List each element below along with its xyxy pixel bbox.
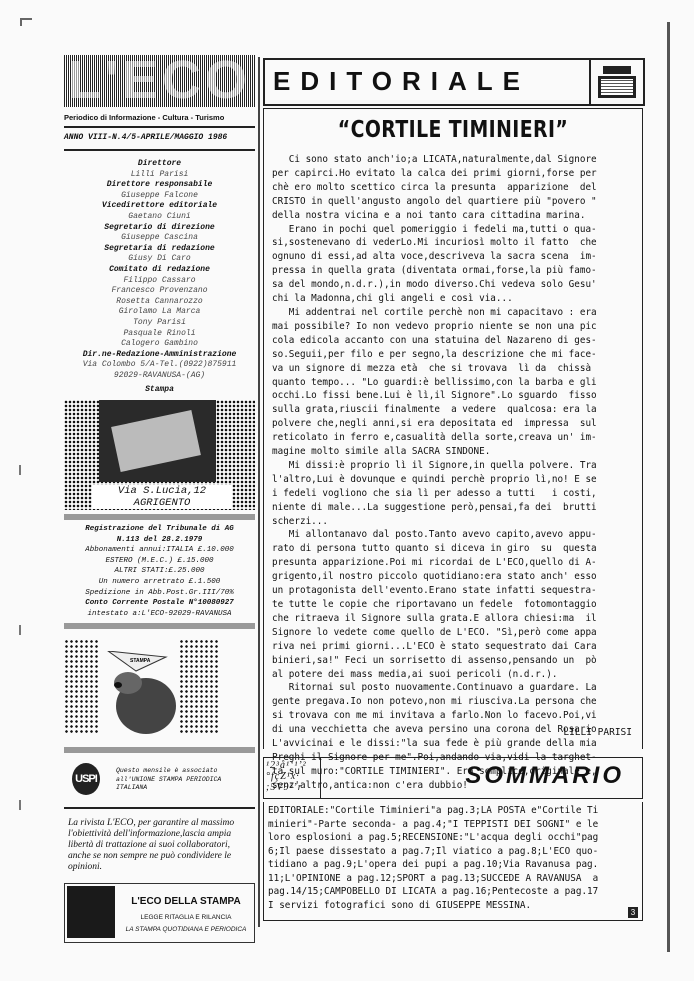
masthead-column: L'ECO Periodico di Informazione - Cultur… [64, 55, 255, 943]
printer-city: AGRIGENTO [92, 497, 232, 509]
page-number: 3 [628, 907, 638, 918]
registration-line: N.113 del 28.2.1979 [64, 535, 255, 546]
staff-name: Gaetano Ciuni [64, 212, 255, 223]
uspi-line: Questo mensile è associato [116, 767, 221, 776]
logo-text: L'ECO [64, 53, 255, 107]
numbers-icon: ¹2³å¹‘¹’² °fçZ¹x· ;5V9³’r [264, 758, 321, 798]
disclaimer: La rivista L'ECO, per garantire al massi… [64, 813, 255, 881]
staff-list: DirettoreLilli ParisiDirettore responsab… [64, 159, 255, 381]
staff-name: Pasquale Rinoli [64, 329, 255, 340]
eco-logo: L'ECO [64, 55, 255, 107]
section-title: EDITORIALE [273, 66, 530, 97]
stampa-label: Stampa [64, 385, 255, 396]
staff-role: Direttore responsabile [64, 180, 255, 191]
registration-line: ESTERO (M.E.C.) £.15.000 [64, 556, 255, 567]
divider [64, 149, 255, 151]
staff-role: Dir.ne-Redazione-Amministrazione [64, 350, 255, 361]
dot-pattern [64, 639, 99, 734]
margin-tick [19, 625, 21, 635]
uspi-text: Questo mensile è associato all'UNIONE ST… [116, 767, 221, 793]
svg-text:STAMPA: STAMPA [130, 658, 151, 664]
sommario-title: SOMMARIO [465, 762, 624, 790]
ad-line: LA STAMPA QUOTIDIANA E PERIODICA [119, 926, 253, 933]
registration-line: Un numero arretrato £.1.500 [64, 577, 255, 588]
staff-role: Comitato di redazione [64, 265, 255, 276]
ad-title: L'ECO DELLA STAMPA [123, 896, 249, 907]
staff-role: Vicedirettore editoriale [64, 201, 255, 212]
staff-name: Giuseppe Cascina [64, 233, 255, 244]
gray-band [64, 747, 255, 753]
crop-mark [20, 18, 32, 26]
staff-name: Giuseppe Falcone [64, 191, 255, 202]
page-edge-rule [667, 22, 670, 952]
uspi-line: all'UNIONE STAMPA PERIODICA [116, 776, 221, 785]
staff-name: Francesco Provenzano [64, 286, 255, 297]
registration-line: Registrazione del Tribunale di AG [64, 524, 255, 535]
sommario-box: EDITORIALE:"Cortile Timinieri"a pag.3;LA… [263, 802, 643, 921]
staff-name: Lilli Parisi [64, 170, 255, 181]
staff-name: Giusy Di Caro [64, 254, 255, 265]
section-header: EDITORIALE [263, 58, 645, 106]
printer-address: Via S.Lucia,12 AGRIGENTO [92, 485, 232, 509]
registration-info: Registrazione del Tribunale di AGN.113 d… [64, 524, 255, 619]
staff-role: Segretaria di redazione [64, 244, 255, 255]
margin-tick [19, 465, 21, 475]
bear-icon: STAMPA [106, 651, 181, 736]
sommario-text: EDITORIALE:"Cortile Timinieri"a pag.3;LA… [268, 804, 638, 912]
ad-line: LEGGE RITAGLIA E RILANCIA [123, 914, 249, 921]
staff-name: Via Colombo 5/A-Tel.(0922)875911 [64, 360, 255, 371]
column-rule [258, 57, 260, 927]
staff-name: Girolamo La Marca [64, 307, 255, 318]
editorial-article: “CORTILE TIMINIERI” Ci sono stato anch'i… [263, 108, 643, 749]
registration-line: Spedizione in Abb.Post.Gr.III/70% [64, 588, 255, 599]
divider [64, 126, 255, 128]
issue-line: ANNO VIII-N.4/5-APRILE/MAGGIO 1986 [64, 132, 255, 145]
gray-band [64, 514, 255, 520]
article-body: Ci sono stato anch'io;a LICATA,naturalme… [272, 153, 638, 793]
article-author: LILLI PARISI [563, 727, 632, 738]
staff-name: Rosetta Cannarozzo [64, 297, 255, 308]
staff-role: Direttore [64, 159, 255, 170]
dot-pattern [179, 639, 219, 734]
uspi-notice: USPI Questo mensile è associato all'UNIO… [64, 759, 255, 803]
staff-name: Filippo Cassaro [64, 276, 255, 287]
printer-photo [99, 400, 216, 482]
sommario-header: ¹2³å¹‘¹’² °fçZ¹x· ;5V9³’r SOMMARIO [263, 757, 643, 799]
staff-name: Tony Parisi [64, 318, 255, 329]
margin-tick [19, 800, 21, 810]
uspi-line: ITALIANA [116, 784, 221, 793]
registration-line: ALTRI STATI:£.25.000 [64, 566, 255, 577]
uspi-logo: USPI [72, 763, 100, 795]
bear-illustration: STAMPA [64, 633, 255, 743]
registration-line: Conto Corrente Postale N°10080927 [64, 598, 255, 609]
ad-photo [67, 886, 115, 938]
printer-ad: Via S.Lucia,12 AGRIGENTO [64, 400, 255, 510]
staff-role: Segretario di direzione [64, 223, 255, 234]
article-title: “CORTILE TIMINIERI” [298, 117, 608, 143]
registration-line: Abbonamenti annui:ITALIA £.10.000 [64, 545, 255, 556]
gray-band [64, 623, 255, 629]
staff-name: Calogero Gambino [64, 339, 255, 350]
printer-street: Via S.Lucia,12 [92, 485, 232, 497]
typewriter-icon [589, 60, 643, 104]
tagline: Periodico di Informazione - Cultura - Tu… [64, 113, 255, 122]
registration-line: intestato a:L'ECO-92029-RAVANUSA [64, 609, 255, 620]
eco-della-stampa-ad: L'ECO DELLA STAMPA LEGGE RITAGLIA E RILA… [64, 883, 255, 943]
divider [64, 807, 255, 809]
staff-name: 92029-RAVANUSA-(AG) [64, 371, 255, 382]
